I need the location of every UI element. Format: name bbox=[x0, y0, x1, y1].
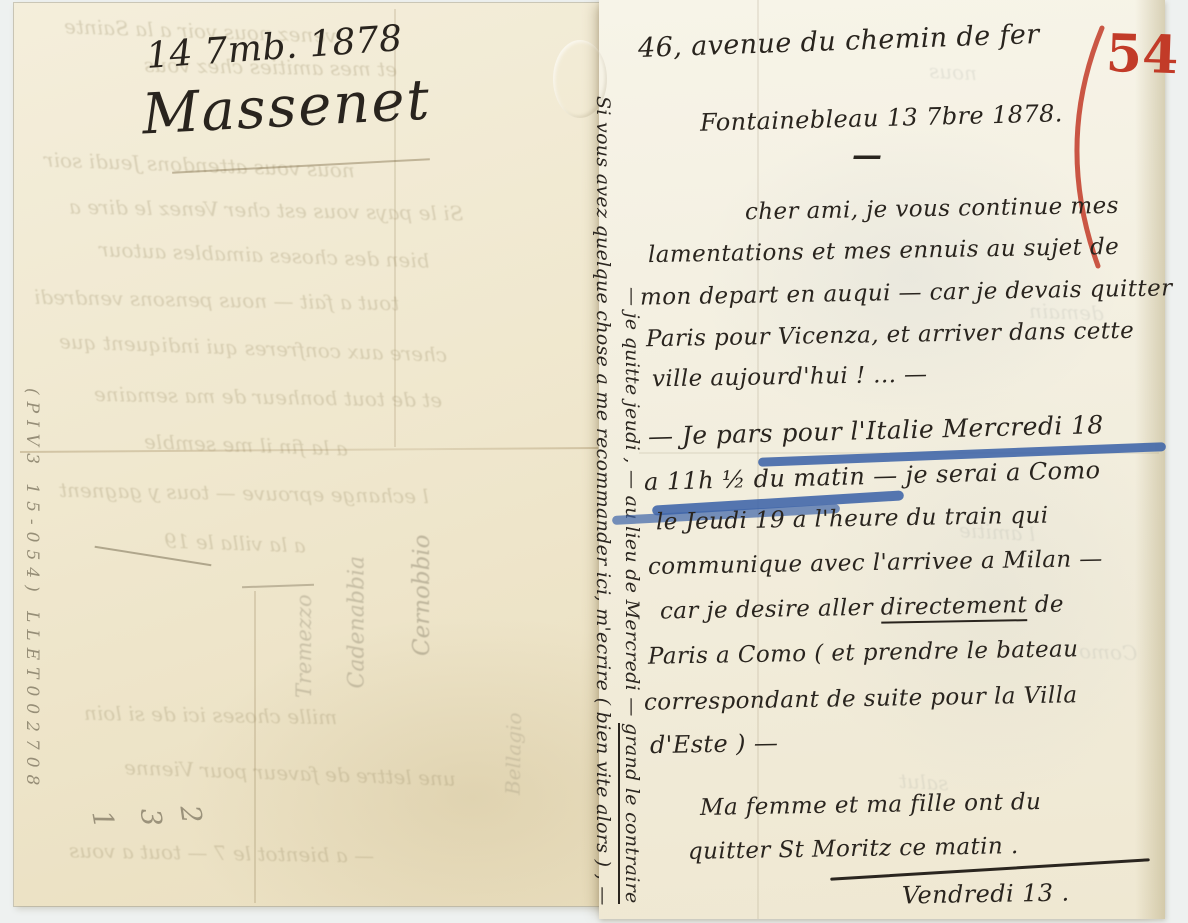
seg-post: de bbox=[1027, 591, 1064, 618]
margin-note-2-text: — je quitte jeudi , — au lieu de Mercred… bbox=[621, 287, 643, 723]
author-name-annotation: Massenet bbox=[140, 67, 432, 147]
ghost-text-line: a la villa le 19 bbox=[164, 529, 307, 558]
margin-note-vertical-1: Si vous avez quelque chose a me recomman… bbox=[592, 96, 614, 822]
pencil-number: 2 bbox=[174, 803, 209, 826]
pencil-note-vertical: Cernobbio bbox=[409, 456, 435, 656]
ghost-text-line: Como bbox=[1079, 639, 1138, 665]
pencil-number: 1 bbox=[85, 808, 121, 832]
left-page: venez nous voir a la Sainte et mes amiti… bbox=[14, 3, 602, 906]
pencil-number: 3 bbox=[134, 807, 168, 828]
red-folio-number: 54 bbox=[1105, 23, 1179, 86]
ghost-text-line: et de tout bonheur de ma semaine bbox=[94, 382, 443, 412]
ghost-text-line: Si le pays vous est cher Venez le dire a bbox=[69, 195, 464, 226]
ghost-text-line: nous bbox=[928, 59, 977, 85]
ghost-text-line: tout a fait — nous pensons vendredi bbox=[34, 285, 400, 315]
seg-underlined: directement bbox=[880, 592, 1027, 624]
ghost-text-line: bien des choses aimables autour bbox=[99, 237, 430, 273]
ghost-text-line: a la fin il me semble bbox=[144, 429, 349, 460]
margin-note-vertical-2: — je quitte jeudi , — au lieu de Mercred… bbox=[621, 287, 643, 847]
pencil-note-vertical: Bellagio bbox=[501, 635, 528, 795]
margin-note-2-underlined: grand le contraire bbox=[618, 723, 643, 904]
ghost-text-line: une lettre de faveur pour Vienne bbox=[124, 755, 456, 791]
dateline-dash: — bbox=[852, 138, 882, 173]
pencil-note-vertical: Tremezzo bbox=[292, 508, 316, 698]
ghost-text-line: nous vous attendons Jeudi soir bbox=[44, 148, 356, 183]
body-line: ville aujourd'hui ! ... — bbox=[652, 362, 928, 393]
seg-pre: car je desire aller bbox=[660, 595, 881, 625]
body-line-postscript-date: Vendredi 13 . bbox=[902, 879, 1070, 910]
letter-scan: venez nous voir a la Sainte et mes amiti… bbox=[0, 0, 1188, 923]
ghost-text-line: chere aux confreres qui indiquent que bbox=[59, 329, 448, 367]
pencil-note-vertical: Cadenabbia bbox=[345, 479, 370, 689]
ghost-text-line: l echange eprouve — tous y gagnent bbox=[59, 478, 429, 508]
ghost-text-line: mille choses ici de si loin bbox=[84, 701, 338, 729]
body-line: d'Este ) — bbox=[650, 729, 779, 759]
ghost-text-line: — a bientot le 7 — tout a vous bbox=[69, 838, 375, 867]
archive-code-vertical: (PIV3 15-054) LLET002708 bbox=[22, 388, 42, 888]
page-edge-shadow bbox=[1135, 0, 1165, 919]
